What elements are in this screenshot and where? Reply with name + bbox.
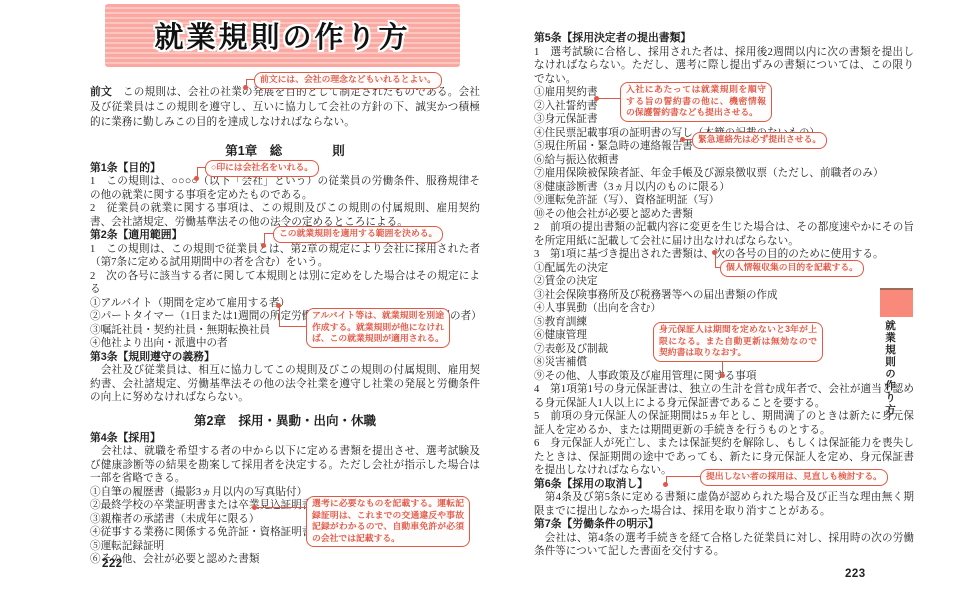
chapter2-heading: 第2章 採用・異動・出向・休職 (90, 414, 480, 428)
callout-personal-info: 個人情報収集の目的を記載する。 (720, 260, 864, 277)
article5-paragraph-5: 5 前項の身元保証人の保証期間は5ヵ年とし、期間満了のときは新たに身元保証人を定… (534, 410, 914, 437)
chapter1-heading: 第1章 総 則 (90, 144, 480, 158)
article5-doc-item-7: ⑦雇用保険被保険者証、年金手帳及び源泉徴収票（ただし、前職者のみ） (534, 167, 914, 181)
article7-paragraph-1: 会社は、第4条の選考手続きを経て合格した従業員に対し、採用時の次の労働条件等につ… (534, 532, 914, 559)
callout-parttime-dot (276, 303, 281, 308)
callout-emergency-dot (680, 137, 685, 142)
callout-preface-dot (243, 85, 248, 90)
article5-doc-item-10: ⑩その他会社が必要と認めた書類 (534, 208, 914, 222)
article4-heading: 第4条【採用】 (90, 432, 480, 446)
article5-doc-item-9: ⑨運転免許証（写）、資格証明証（写） (534, 194, 914, 208)
article5-paragraph-4: 4 第1項第1号の身元保証書は、独立の生計を営む成年者で、会社が適当と認める身元… (534, 383, 914, 410)
preface-label: 前文 (90, 86, 112, 98)
callout-pledge-dot (594, 96, 599, 101)
article1-paragraph-1: 1 この規則は、○○○○（以下「会社」という）の従業員の労働条件、服務規律その他… (90, 175, 480, 202)
callout-preface: 前文には、会社の理念などもいれるとよい。 (254, 72, 442, 89)
callout-article2: この就業規則を適用する範囲を決める。 (273, 226, 443, 243)
article4-item-6: ⑥その他、会社が必要と認めた書類 (90, 553, 480, 567)
chapter-tab-square (880, 288, 913, 317)
callout-article4: 選考に必要なものを記載する。運転記録証明は、これまでの交通違反や事故記録がわかる… (306, 496, 470, 547)
callout-non-submission: 提出しない者の採用は、見直しも検討する。 (700, 469, 888, 486)
callout-pledge: 入社にあたっては就業規則を順守する旨の誓約書の他に、機密情報の保護誓約書なども提… (620, 82, 772, 122)
article5-heading: 第5条【採用決定者の提出書類】 (534, 32, 914, 46)
article5-purpose-item-3: ③社会保険事務所及び税務署等への届出書類の作成 (534, 289, 914, 303)
preface-paragraph: 前文 この規則は、会社の社業の発展を目的として制定されたものである。会社及び従業… (90, 85, 480, 131)
right-page-number: 223 (845, 568, 866, 580)
article3-heading: 第3条【規則遵守の義務】 (90, 351, 480, 365)
article5-purpose-item-2: ②賃金の決定 (534, 275, 914, 289)
callout-article1: ○印には会社名をいれる。 (205, 160, 319, 177)
callout-non-submission-connector (666, 476, 701, 485)
callout-guarantor-dot (720, 373, 725, 378)
chapter-tab-label: 就業規則の作り方 (883, 320, 898, 416)
article5-purpose-item-4: ④人事異動（出向を含む） (534, 302, 914, 316)
left-page-number: 222 (102, 558, 123, 570)
callout-emergency: 緊急連絡先は必ず提出させる。 (692, 132, 827, 149)
callout-non-submission-dot (663, 482, 668, 487)
callout-article4-dot (252, 505, 257, 510)
article5-paragraph-1: 1 選考試験に合格し、採用された者は、採用後2週間以内に次の書類を提出しなければ… (534, 46, 914, 87)
callout-article1-dot (194, 176, 199, 181)
article2-paragraph-1: 1 この規則は、この規則で従業員とは、第2章の規定により会社に採用された者（第7… (90, 243, 480, 270)
callout-article4-connector (256, 507, 306, 508)
title-band: 就業規則の作り方 (105, 4, 460, 67)
callout-emergency-connector (684, 139, 692, 140)
preface-text: この規則は、会社の社業の発展を目的として制定されたものである。会社及び従業員はこ… (90, 87, 480, 128)
article7-heading: 第7条【労働条件の明示】 (534, 518, 914, 532)
callout-personal-info-dot (712, 250, 717, 255)
left-page: 就業規則の作り方 前文には、会社の理念などもいれるとよい。 前文 この規則は、会… (90, 0, 480, 567)
article4-paragraph-1: 会社は、就職を希望する者の中から以下に定める書類を提出させ、選考試験及び健康診断… (90, 445, 480, 486)
page-title: 就業規則の作り方 (154, 15, 410, 56)
article6-paragraph-1: 第4条及び第5条に定める書類に虚偽が認められた場合及び正当な理由無く期限までに提… (534, 491, 914, 518)
article5-doc-item-8: ⑧健康診断書（3ヵ月以内のものに限る） (534, 181, 914, 195)
article2-paragraph-2: 2 次の各号に該当する者に関して本規則とは別に定めをした場合はその規定による (90, 270, 480, 297)
callout-article2-dot (261, 243, 266, 248)
right-page: 第5条【採用決定者の提出書類】 1 選考試験に合格し、採用された者は、採用後2週… (534, 32, 914, 559)
callout-guarantor: 身元保証人は期間を定めないと3年が上限になる。また自動更新は無効なので契約書は取… (653, 322, 823, 362)
article5-doc-item-6: ⑥給与振込依頼書 (534, 154, 914, 168)
callout-parttime: アルバイト等は、就業規則を別途作成する。就業規則が他になければ、この就業規則が適… (306, 308, 450, 348)
book-spread: { "accent_color": "#e25847", "band_color… (0, 0, 970, 600)
callout-parttime-connector (279, 307, 307, 327)
article3-paragraph-1: 会社及び従業員は、相互に協力してこの規則及びこの規則の付属規則、雇用契約書、会社… (90, 364, 480, 405)
article5-paragraph-2: 2 前項の提出書類の記載内容に変更を生じた場合は、その都度速やかにその旨を所定用… (534, 221, 914, 248)
callout-pledge-connector (598, 98, 620, 99)
